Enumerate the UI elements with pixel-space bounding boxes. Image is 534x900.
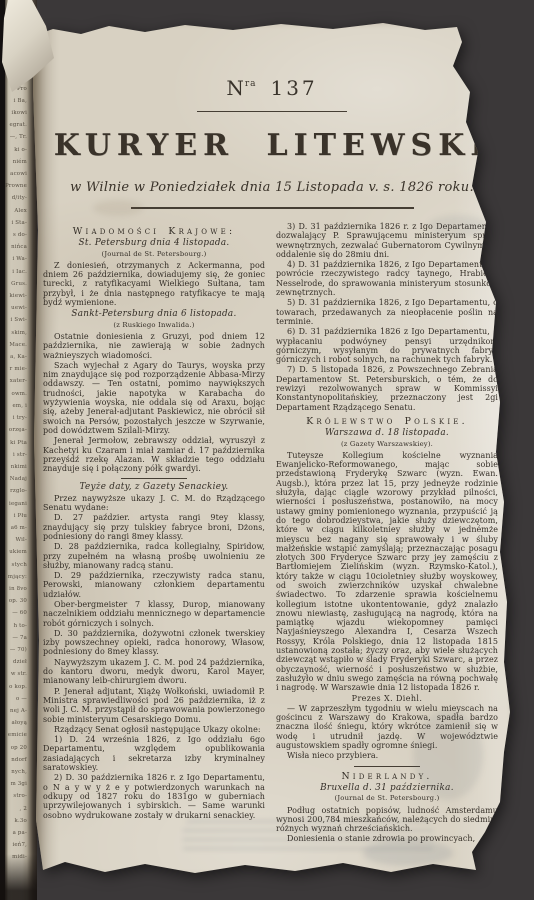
frag-line: uewi- [3, 302, 27, 314]
blk-para: 6) D. 31 października 1826 z Igo Departa… [276, 327, 498, 364]
masthead: Nra137 KURYER LITEWSKI w Wilnie w Ponied… [33, 20, 511, 209]
section-divider-rule [121, 478, 187, 479]
blk-para: Przez naywyższe ukazy J. C. M. do Rządzą… [43, 494, 265, 513]
frag-line: nej A- [3, 705, 27, 717]
frag-line: Nadaj [3, 473, 27, 485]
frag-line: h to- [3, 620, 27, 632]
frag-line: midi- [3, 851, 27, 863]
right-column: 3) D. 31 października 1826 r. z Igo Depa… [276, 222, 498, 845]
blk-section-header: Wiadomości Krajowe: [43, 227, 265, 236]
frag-line: Grus. [3, 278, 27, 290]
frag-line: r mie- [3, 363, 27, 375]
frag-line: d/ity- [3, 192, 27, 204]
blk-para: Z doniesień, otrzymanych z Ackermanna, p… [43, 261, 265, 307]
blk-signature: Prezes X. Diehl. [276, 694, 498, 703]
frag-line: s do- [3, 229, 27, 241]
issue-digits: 137 [270, 76, 317, 100]
frag-line: dzieł [3, 656, 27, 668]
frag-line: o — [3, 693, 27, 705]
blk-section-header: Niderlandy. [276, 772, 498, 781]
frag-line: a, Ka- [3, 351, 27, 363]
frag-line: o kop. [3, 681, 27, 693]
blk-source: (Journal de St. Petersbourg.) [43, 250, 265, 259]
article-columns: Wiadomości Krajowe:St. Petersburg dnia 4… [33, 209, 511, 845]
frag-line: stych [3, 559, 27, 571]
scan-background: ow,bjłowałósiProi Ba,ikowiegrat.—, Tr.ki… [0, 0, 534, 900]
book-spine-strip: ow,bjłowałósiProi Ba,ikowiegrat.—, Tr.ki… [0, 0, 37, 900]
frag-line: emicie [3, 729, 27, 741]
frag-line: acowi [3, 168, 27, 180]
frag-line: , 2 [3, 803, 27, 815]
frag-line: ukiem [3, 546, 27, 558]
frag-line: ki Pta [3, 437, 27, 449]
frag-line: stro- [3, 790, 27, 802]
blk-para: Wisła nieco przybiera. [276, 751, 498, 760]
blk-para: D. 28 października, radca kollegialny, S… [43, 542, 265, 570]
blk-para: — W zaprzeszłym tygodniu w wielu mieysca… [276, 704, 498, 750]
frag-line: — 60 [3, 607, 27, 619]
blk-para: Rządzący Senat ogłosił następujące Ukazy… [43, 725, 265, 734]
blk-para: Tuteysze Kollegium kościelne wyznania Ew… [276, 451, 498, 693]
blk-dateline: Bruxella d. 31 października. [276, 784, 498, 793]
frag-line: w str. [3, 668, 27, 680]
blk-para: D. 30 października, dożywotni członek tw… [43, 629, 265, 657]
frag-line: Wil- [3, 534, 27, 546]
frag-line: nińca [3, 241, 27, 253]
blk-para: Jenerał Jermołow, zebrawszy oddział, wyr… [43, 436, 265, 473]
blk-para: Ober-bergmeister 7 klassy, Durop, mianow… [43, 600, 265, 628]
frag-line: nych, [3, 766, 27, 778]
frag-line: ikowi [3, 107, 27, 119]
frag-line: in 8vo [3, 583, 27, 595]
blk-para: P. Jenerał adjutant, Xiążę Wołkoński, uw… [43, 687, 265, 724]
newspaper-title: KURYER LITEWSKI [33, 128, 511, 163]
frag-line: i Iac. [3, 266, 27, 278]
frag-line: i try- [3, 412, 27, 424]
frag-line: rzglo- [3, 485, 27, 497]
frag-line: i Wa- [3, 253, 27, 265]
newspaper-page: Nra137 KURYER LITEWSKI w Wilnie w Ponied… [33, 20, 511, 880]
blk-para: 5) D. 31 października 1826, z Igo Depart… [276, 298, 498, 326]
frag-line: k.3o [3, 815, 27, 827]
frag-line: op 20 [3, 742, 27, 754]
frag-line: em, i [3, 400, 27, 412]
frag-line: —, Tr. [3, 131, 27, 143]
blk-para: Podług ostatnich popisów, ludność Amster… [276, 806, 498, 834]
frag-line: a6 m- [3, 522, 27, 534]
issue-number: Nra137 [33, 76, 511, 100]
frag-line: niém [3, 156, 27, 168]
frag-line: ałoyą [3, 717, 27, 729]
frag-line: i Płu [3, 510, 27, 522]
blk-para: 4) D. 31 października 1826, z Igo Depart… [276, 260, 498, 297]
frag-line: kiewi- [3, 290, 27, 302]
frag-line: Mace. [3, 339, 27, 351]
frag-line: xater- [3, 375, 27, 387]
blk-dateline: Teyże daty, z Gazety Senackiey. [43, 483, 265, 492]
frag-line: i Swi- [3, 314, 27, 326]
masthead-rule-top [197, 111, 347, 112]
blk-dateline: Sankt-Petersburg dnia 6 listopada. [43, 310, 265, 319]
frag-line: skim, [3, 327, 27, 339]
frag-line: op. 30 [3, 595, 27, 607]
frag-line: mjący: [3, 571, 27, 583]
blk-section-header: Królewstwo Polskie. [276, 417, 498, 426]
paper-sheet: Nra137 KURYER LITEWSKI w Wilnie w Ponied… [33, 20, 511, 880]
blk-source: (z Gazety Warszawskiey). [276, 440, 498, 449]
blk-para: 2) D. 30 października 1826 r. z Igo Depa… [43, 773, 265, 819]
previous-page-text-fragments: ow,bjłowałósiProi Ba,ikowiegrat.—, Tr.ki… [3, 46, 27, 876]
frag-line: i Sta- [3, 217, 27, 229]
frag-line: Prowne [3, 180, 27, 192]
blk-para: D. 29 października, rzeczywisty radca st… [43, 571, 265, 599]
frag-line: ndorf [3, 754, 27, 766]
blk-para: 3) D. 31 października 1826 r. z Igo Depa… [276, 222, 498, 259]
blk-para: Szach wyjechał z Agary do Taurys, woyska… [43, 361, 265, 435]
frag-line: i Ba, [3, 95, 27, 107]
blk-source: (z Ruskiego Inwalida.) [43, 321, 265, 330]
frag-line: i str- [3, 449, 27, 461]
frag-line: m 3gi [3, 778, 27, 790]
blk-source: (Journal de St. Petersbourg.) [276, 794, 498, 803]
blk-para: D. 27 paździer. artysta rangi 9tey klass… [43, 513, 265, 541]
issue-ordinal-superscript: ra [245, 79, 257, 89]
frag-line: ki o- [3, 144, 27, 156]
frag-line: ień7, [3, 839, 27, 851]
frag-line: — 70) [3, 644, 27, 656]
blk-para: 7) D. 5 listopada 1826, z Powszechnego Z… [276, 365, 498, 411]
frag-line: orzęa- [3, 424, 27, 436]
blk-dateline: Warszawa d. 18 listopada. [276, 429, 498, 438]
blk-para: Ostatnie doniesienia z Gruzyi, pod dniem… [43, 332, 265, 360]
frag-line: owm. [3, 388, 27, 400]
section-divider-rule [354, 766, 420, 767]
frag-line: iegani [3, 498, 27, 510]
blk-para: Naywyższym ukazem J. C. M. pod 24 paździ… [43, 658, 265, 686]
frag-line: — 7a [3, 632, 27, 644]
blk-dateline: St. Petersburg dnia 4 listopada. [43, 239, 265, 248]
frag-line: a pa- [3, 827, 27, 839]
frag-line: nkimi [3, 461, 27, 473]
blk-para: Doniesienia o stanie zdrowia po prowincy… [276, 834, 498, 843]
frag-line: egrat. [3, 119, 27, 131]
frag-line: Alex [3, 205, 27, 217]
blk-para: 1) D. 24 września 1826, z Igo oddziału 6… [43, 735, 265, 772]
edition-dateline: w Wilnie w Poniedziałek dnia 15 Listopad… [33, 180, 511, 195]
issue-prefix: N [226, 76, 245, 100]
left-column: Wiadomości Krajowe:St. Petersburg dnia 4… [43, 222, 265, 821]
